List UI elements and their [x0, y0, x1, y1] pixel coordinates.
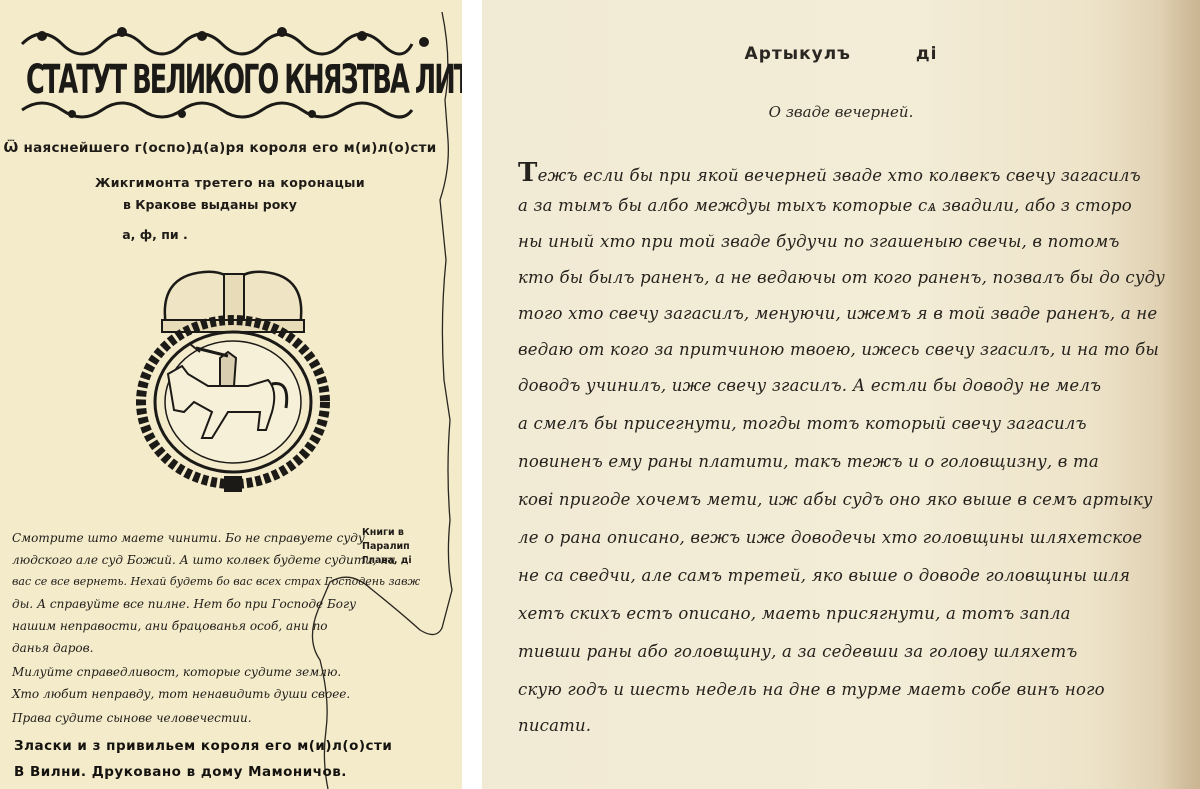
article-line: доводъ учинилъ, иже свечу згасилъ. А ест…	[518, 376, 1190, 395]
quote-line-7: Милуйте справедливост, которые судите зе…	[12, 664, 372, 680]
article-heading: Артыкулъ ді	[482, 44, 1200, 64]
article-line: Тежъ если бы при якой вечерней зваде хто…	[518, 158, 1190, 188]
article-line: а за тымъ бы албо междуы тыхъ которые сѧ…	[518, 196, 1190, 216]
quote-line-2: людского але суд Божий. А што колвек буд…	[12, 552, 372, 568]
article-line: повиненъ ему раны платити, такъ тежъ и о…	[518, 452, 1190, 471]
title-banner: СТАТУТ ВЕЛИКОГО КНЯЗТВА ЛИТОВСКОГО	[12, 14, 442, 122]
quote-line-8: Хто любит неправду, тот ненавидить души …	[12, 686, 372, 702]
right-page-article: Артыкулъ ді О зваде вечерней. Тежъ если …	[482, 0, 1200, 789]
subtitle-line-3: в Кракове выданы року	[30, 197, 390, 212]
statute-title: СТАТУТ ВЕЛИКОГО КНЯЗТВА ЛИТОВСКОГО	[26, 58, 288, 102]
article-heading-label: Артыкулъ	[745, 44, 851, 64]
article-line: кові пригоде хочемъ мети, иж абы судъ он…	[518, 490, 1190, 509]
page-edge-shadow	[1160, 0, 1200, 789]
quote-line-4: ды. А справуйте все пилне. Нет бо при Го…	[12, 596, 372, 612]
margin-reference-line-2: Глава, ді	[362, 554, 452, 568]
article-line: ле о рана описано, вежъ иже доводечы хто…	[518, 528, 1190, 547]
page-gutter	[462, 0, 482, 789]
article-subheading: О зваде вечерней.	[482, 103, 1200, 121]
article-number: ді	[916, 44, 938, 64]
article-line: того хто свечу загасилъ, менуючи, ижемъ …	[518, 304, 1190, 323]
article-line: писати.	[518, 716, 1190, 735]
subtitle-line-1: Ѿ наяснейшего г(оспо)д(а)ря короля его м…	[0, 140, 440, 156]
article-line: ны иный хто при той зваде будучи по згаш…	[518, 232, 1190, 251]
margin-reference: Книги в Паралип Глава, ді	[362, 526, 452, 568]
quote-line-1: Смотрите што маете чинити. Бо не справуе…	[12, 530, 372, 546]
imprint-line-1: Зласки и з привильем короля его м(и)л(о)…	[14, 738, 374, 754]
article-line: хетъ скихъ естъ описано, маеть присягнут…	[518, 604, 1190, 623]
article-line: кто бы былъ раненъ, а не ведаючы от кого…	[518, 268, 1190, 287]
margin-reference-line-1: Книги в Паралип	[362, 526, 452, 554]
pahonia-coat-of-arms-icon	[128, 262, 338, 494]
article-line: ведаю от кого за притчиною твоею, ижесь …	[518, 340, 1190, 359]
quote-line-5: нашим неправости, ани брацованья особ, а…	[12, 618, 372, 634]
quote-line-3: вас се все вернеть. Нехай будеть бо вас …	[12, 574, 372, 590]
left-page-title-page: СТАТУТ ВЕЛИКОГО КНЯЗТВА ЛИТОВСКОГО Ѿ ная…	[0, 0, 462, 789]
article-line: а смелъ бы присегнути, тогды тотъ которы…	[518, 414, 1190, 433]
article-line: тивши раны або головщину, а за седевши з…	[518, 642, 1190, 661]
imprint-line-2: В Вилни. Друковано в дому Мамоничов.	[14, 764, 374, 780]
year-line: а, ф, пи .	[80, 227, 230, 242]
subtitle-line-2: Жикгимонта третего на коронацыи	[30, 175, 430, 190]
article-line: не са сведчи, але самъ третей, яко выше …	[518, 566, 1190, 585]
quote-line-6: данья даров.	[12, 640, 372, 656]
quote-line-9: Права судите сынове человечестии.	[12, 710, 372, 726]
article-line: скую годъ и шесть недель на дне в турме …	[518, 680, 1190, 699]
